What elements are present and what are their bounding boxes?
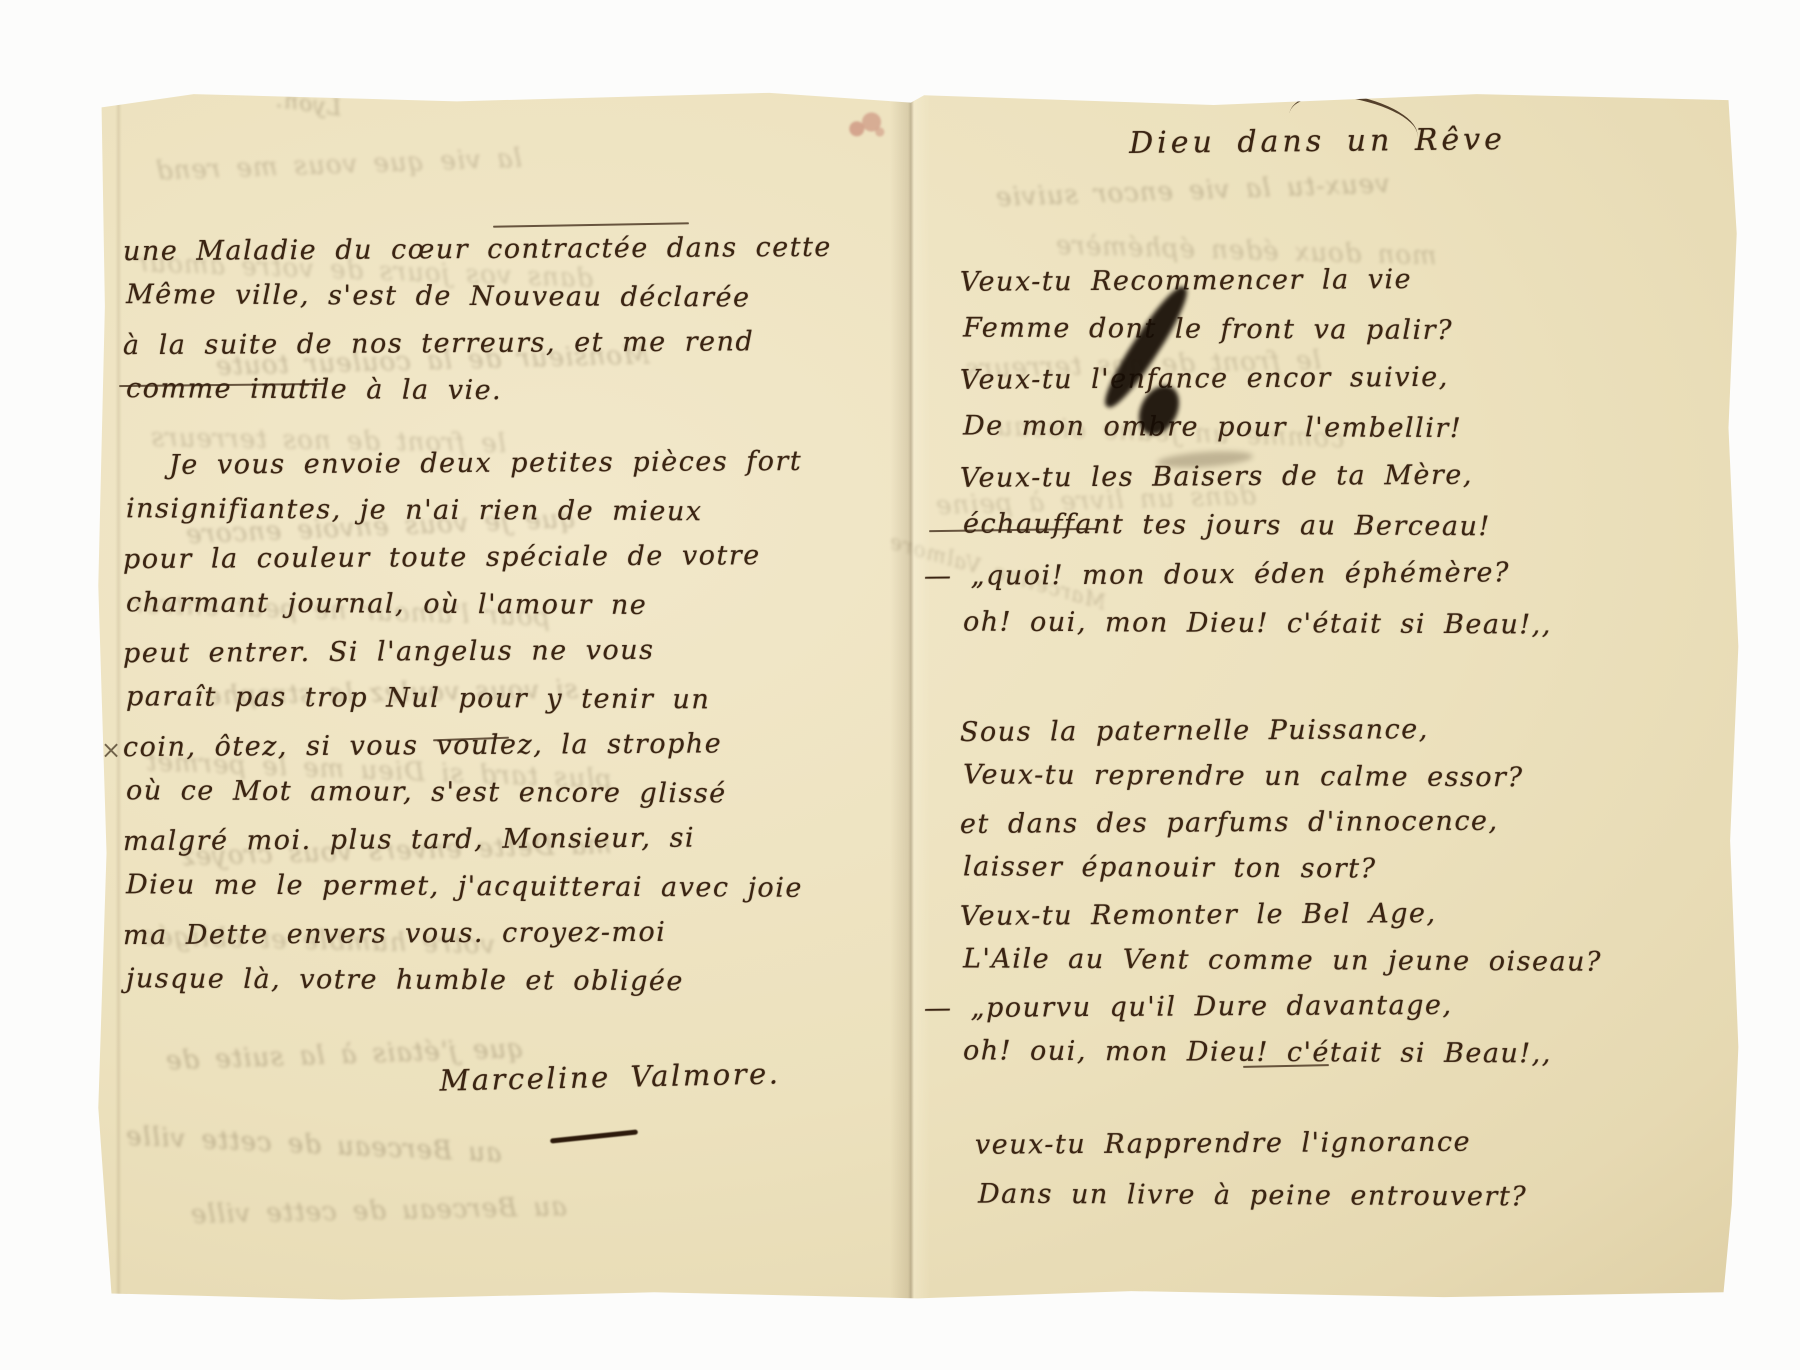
center-fold [890, 88, 930, 1302]
manuscript-paper: Lyon. la vie que vous me rend dans vos j… [95, 88, 1740, 1302]
poem-line: L'Aile au Vent comme un jeune oiseau? [963, 936, 1602, 985]
signature-flourish [550, 1129, 638, 1143]
poem-line: laisser épanouir ton sort? [963, 844, 1602, 893]
manuscript-line: coin, ôtez, si vous voulez, la strophe [123, 720, 802, 771]
poem-line: échauffant tes jours au Berceau! [963, 499, 1552, 551]
manuscript-line: une Maladie du cœur contractée dans cett… [123, 224, 832, 275]
poem-line: — „quoi! mon doux éden éphémère? [924, 548, 1549, 601]
poem-line: Veux-tu Recommencer la vie [960, 254, 1549, 307]
poem-line: Veux-tu l'enfance encor suivie, [960, 352, 1549, 405]
manuscript-line: à la suite de nos terreurs, et me rend [123, 318, 832, 369]
manuscript-line: Même ville, s'est de Nouveau déclarée [126, 271, 835, 322]
poem-line: — „pourvu qu'il Dure davantage, [924, 982, 1599, 1032]
poem-stanza-3: veux-tu Rapprendre l'ignorance Dans un l… [975, 1118, 1524, 1222]
manuscript-line: charmant journal, où l'amour ne [126, 579, 805, 630]
manuscript-line: où ce Mot amour, s'est encore glissé [126, 767, 805, 818]
poem-line: Veux-tu Remonter le Bel Age, [960, 890, 1599, 940]
poem-stanza-1: Veux-tu Recommencer la vie Femme dont le… [960, 256, 1549, 648]
poem-line: Veux-tu reprendre un calme essor? [963, 752, 1602, 801]
manuscript-line: Dieu me le permet, j'acquitterai avec jo… [126, 861, 805, 912]
poem-line: De mon ombre pour l'embellir! [963, 401, 1552, 453]
poem-line: Sous la paternelle Puissance, [960, 706, 1599, 756]
manuscript-line: pour la couleur toute spéciale de votre [123, 532, 802, 583]
poem-line: veux-tu Rapprendre l'ignorance [975, 1116, 1524, 1171]
manuscript-line: comme inutile à la vie. [126, 365, 835, 416]
showthrough-text: au Berceau de cette ville [190, 1192, 567, 1230]
collector-stamp-mark [843, 104, 889, 144]
poem-stanza-2: Sous la paternelle Puissance, Veux-tu re… [960, 708, 1599, 1076]
showthrough-text: la vie que vous me rend [155, 144, 523, 187]
poem-line: oh! oui, mon Dieu! c'était si Beau!,, [963, 597, 1552, 649]
paper-crease [117, 88, 120, 1302]
manuscript-line: paraît pas trop Nul pour y tenir un [126, 673, 805, 724]
poem-line: Veux-tu les Baisers de ta Mère, [960, 450, 1549, 503]
manuscript-line: insignifiantes, je n'ai rien de mieux [126, 485, 805, 536]
manuscript-line: jusque là, votre humble et obligée [126, 955, 805, 1006]
showthrough-text: veux-tu la vie encor suivie [995, 169, 1391, 213]
manuscript-line: malgré moi. plus tard, Monsieur, si [123, 814, 802, 865]
manuscript-line: Je vous envoie deux petites pièces fort [123, 438, 802, 489]
letter-photograph: Lyon. la vie que vous me rend dans vos j… [0, 0, 1800, 1370]
letter-paragraph-2: Je vous envoie deux petites pièces fort … [123, 440, 802, 1004]
poem-line: Dans un livre à peine entrouvert? [978, 1169, 1527, 1224]
showthrough-text: au Berceau de cette ville [125, 1121, 503, 1168]
manuscript-line: peut entrer. Si l'angelus ne vous [123, 626, 802, 677]
poem-line: Femme dont le front va palir? [963, 303, 1552, 355]
showthrough-text: Lyon. [274, 88, 343, 122]
poem-line: oh! oui, mon Dieu! c'était si Beau!,, [963, 1028, 1602, 1077]
manuscript-line: ma Dette envers vous. croyez-moi [123, 908, 802, 959]
poem-line: et dans des parfums d'innocence, [960, 798, 1599, 848]
